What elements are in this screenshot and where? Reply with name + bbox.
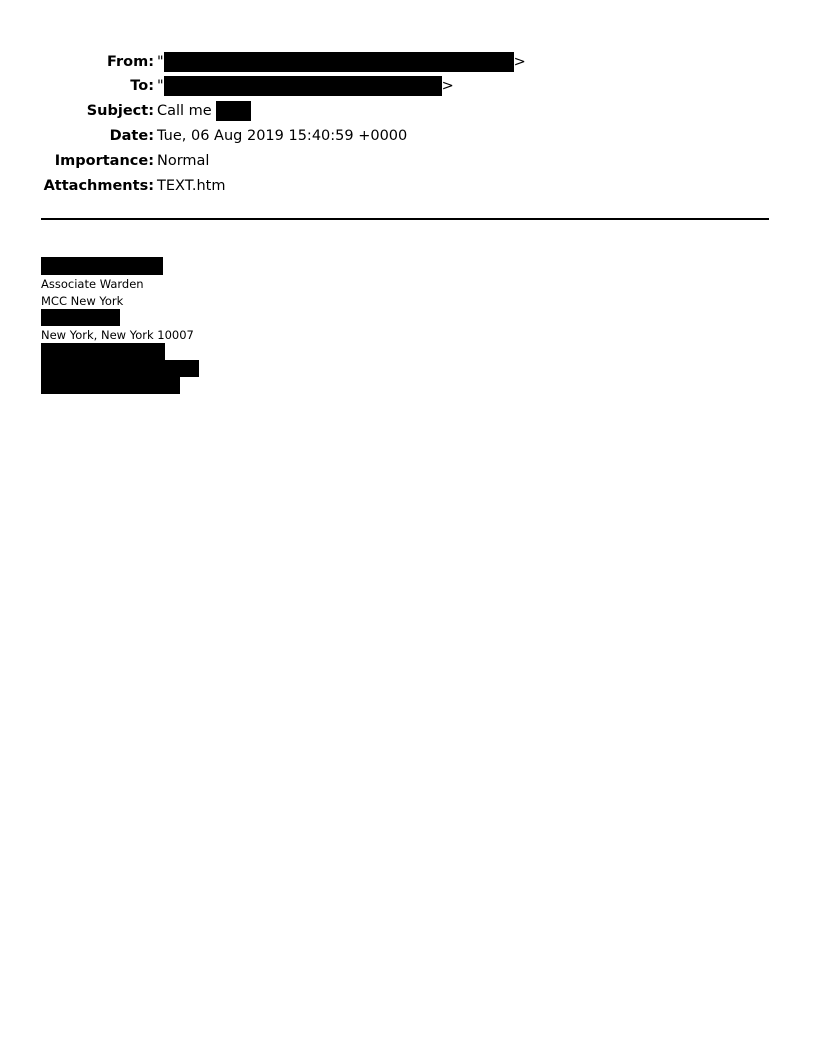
- redaction-block: [164, 52, 514, 72]
- attachments-value: TEXT.htm: [157, 178, 225, 194]
- date-row: Date: Tue, 06 Aug 2019 15:40:59 +0000: [0, 126, 407, 146]
- attachments-label: Attachments:: [0, 178, 157, 194]
- signature-organization: MCC New York: [41, 293, 123, 310]
- to-row: To: ">: [0, 76, 454, 96]
- redaction-block: [41, 257, 163, 275]
- redaction-block: [41, 360, 199, 377]
- date-label: Date:: [0, 128, 157, 144]
- subject-label: Subject:: [0, 103, 157, 119]
- subject-row: Subject: Call me: [0, 101, 251, 121]
- redaction-block: [41, 309, 120, 326]
- from-label: From:: [0, 54, 157, 70]
- importance-value: Normal: [157, 153, 209, 169]
- from-row: From: ">: [0, 52, 526, 72]
- signature-title: Associate Warden: [41, 276, 144, 293]
- from-value: ">: [157, 52, 526, 72]
- to-label: To:: [0, 78, 157, 94]
- subject-value: Call me: [157, 101, 251, 121]
- attachments-row: Attachments: TEXT.htm: [0, 176, 225, 196]
- to-value: ">: [157, 76, 454, 96]
- redaction-block: [164, 76, 442, 96]
- redaction-block: [216, 101, 251, 121]
- importance-label: Importance:: [0, 153, 157, 169]
- importance-row: Importance: Normal: [0, 151, 209, 171]
- redaction-block: [41, 343, 165, 360]
- redaction-block: [41, 377, 180, 394]
- signature-city-line: New York, New York 10007: [41, 327, 194, 344]
- header-divider: [41, 218, 769, 220]
- date-value: Tue, 06 Aug 2019 15:40:59 +0000: [157, 128, 407, 144]
